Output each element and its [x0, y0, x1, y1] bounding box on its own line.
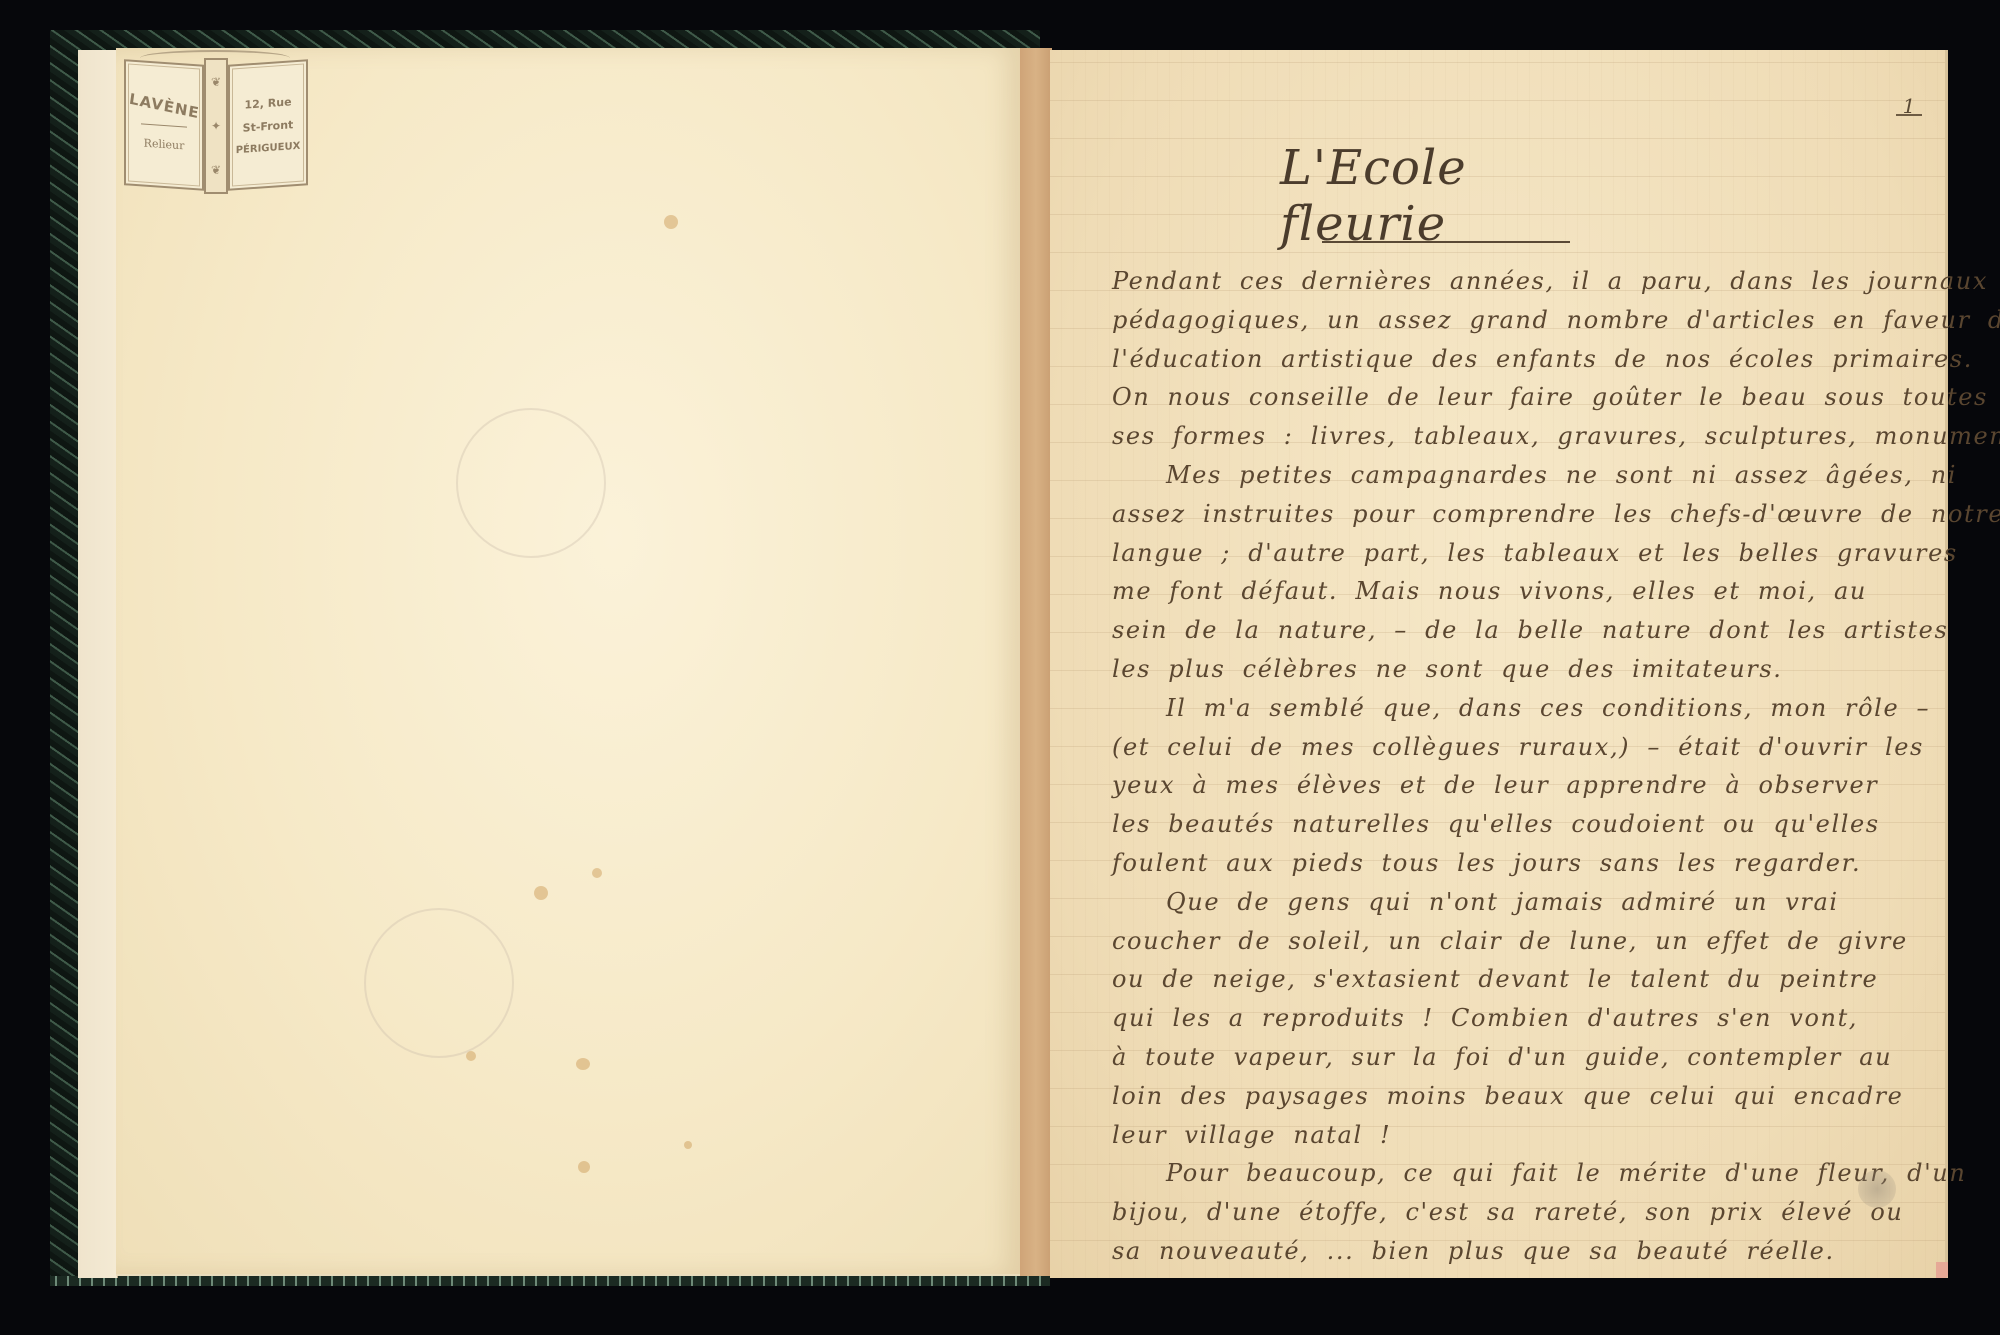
manuscript-line: sa nouveauté, ... bien plus que sa beaut… [1112, 1232, 1932, 1271]
binder-name: LAVÈNE [128, 89, 201, 121]
ticket-divider [141, 123, 187, 127]
left-endpaper [116, 48, 1020, 1276]
manuscript-line: Pour beaucoup, ce qui fait le mérite d'u… [1112, 1154, 1932, 1193]
manuscript-line: les beautés naturelles qu'elles coudoien… [1112, 805, 1932, 844]
manuscript-line: Pendant ces dernières années, il a paru,… [1112, 262, 1932, 301]
manuscript-line: On nous conseille de leur faire goûter l… [1112, 378, 1932, 417]
ink-blot [1858, 1170, 1896, 1208]
binder-city: PÉRIGUEUX [236, 140, 301, 156]
manuscript-line: sein de la nature, – de la belle nature … [1112, 611, 1932, 650]
manuscript-line: Mes petites campagnardes ne sont ni asse… [1112, 456, 1932, 495]
manuscript-line: ses formes : livres, tableaux, gravures,… [1112, 417, 1932, 456]
manuscript-line: coucher de soleil, un clair de lune, un … [1112, 922, 1932, 961]
book-gutter [1020, 48, 1052, 1276]
ticket-left-panel: LAVÈNE Relieur [124, 59, 204, 191]
page-corner-stain [1936, 1262, 1948, 1278]
binder-address-line2: St-Front [243, 118, 294, 135]
manuscript-line: me font défaut. Mais nous vivons, elles … [1112, 572, 1932, 611]
manuscript-line: foulent aux pieds tous les jours sans le… [1112, 844, 1932, 883]
foxing-spot [534, 886, 548, 900]
foxing-spot [592, 868, 602, 878]
binder-ticket: LAVÈNE Relieur ❦ ✦ ❦ 12, Rue St-Front PÉ… [120, 50, 310, 196]
faded-library-stamp [456, 408, 606, 558]
manuscript-line: bijou, d'une étoffe, c'est sa rareté, so… [1112, 1193, 1932, 1232]
foxing-spot [578, 1161, 590, 1173]
ticket-right-panel: 12, Rue St-Front PÉRIGUEUX [228, 59, 308, 191]
manuscript-line: leur village natal ! [1112, 1116, 1932, 1155]
foxing-spot [684, 1141, 692, 1149]
manuscript-body: Pendant ces dernières années, il a paru,… [1112, 262, 1932, 1271]
spine-ornament-icon: ✦ [211, 119, 221, 134]
manuscript-line: à toute vapeur, sur la foi d'un guide, c… [1112, 1038, 1932, 1077]
foxing-spot [664, 215, 678, 229]
page-number: 1 [1896, 98, 1922, 116]
manuscript-line: (et celui de mes collègues ruraux,) – ét… [1112, 728, 1932, 767]
manuscript-line: qui les a reproduits ! Combien d'autres … [1112, 999, 1932, 1038]
manuscript-line: loin des paysages moins beaux que celui … [1112, 1077, 1932, 1116]
faded-library-stamp [364, 908, 514, 1058]
manuscript-line: langue ; d'autre part, les tableaux et l… [1112, 534, 1932, 573]
page-title: L'Ecole fleurie [1280, 140, 1600, 252]
binder-trade: Relieur [144, 134, 185, 154]
spine-ornament-icon: ❦ [211, 163, 221, 178]
manuscript-line: ou de neige, s'extasient devant le talen… [1112, 960, 1932, 999]
foxing-spot [466, 1051, 476, 1061]
foxing-spot [576, 1058, 590, 1070]
spine-ornament-icon: ❦ [211, 75, 221, 90]
manuscript-line: Que de gens qui n'ont jamais admiré un v… [1112, 883, 1932, 922]
scan-background: LAVÈNE Relieur ❦ ✦ ❦ 12, Rue St-Front PÉ… [0, 0, 2000, 1335]
manuscript-line: l'éducation artistique des enfants de no… [1112, 340, 1932, 379]
title-underline [1322, 241, 1570, 243]
manuscript-line: yeux à mes élèves et de leur apprendre à… [1112, 766, 1932, 805]
manuscript-line: les plus célèbres ne sont que des imitat… [1112, 650, 1932, 689]
manuscript-line: Il m'a semblé que, dans ces conditions, … [1112, 689, 1932, 728]
manuscript-line: assez instruites pour comprendre les che… [1112, 495, 1932, 534]
book-spine-icon: ❦ ✦ ❦ [204, 58, 228, 194]
pastedown-strip [78, 50, 118, 1278]
marbled-board-edge [50, 1276, 1050, 1286]
manuscript-line: pédagogiques, un assez grand nombre d'ar… [1112, 301, 1932, 340]
binder-address-line1: 12, Rue [244, 95, 291, 111]
